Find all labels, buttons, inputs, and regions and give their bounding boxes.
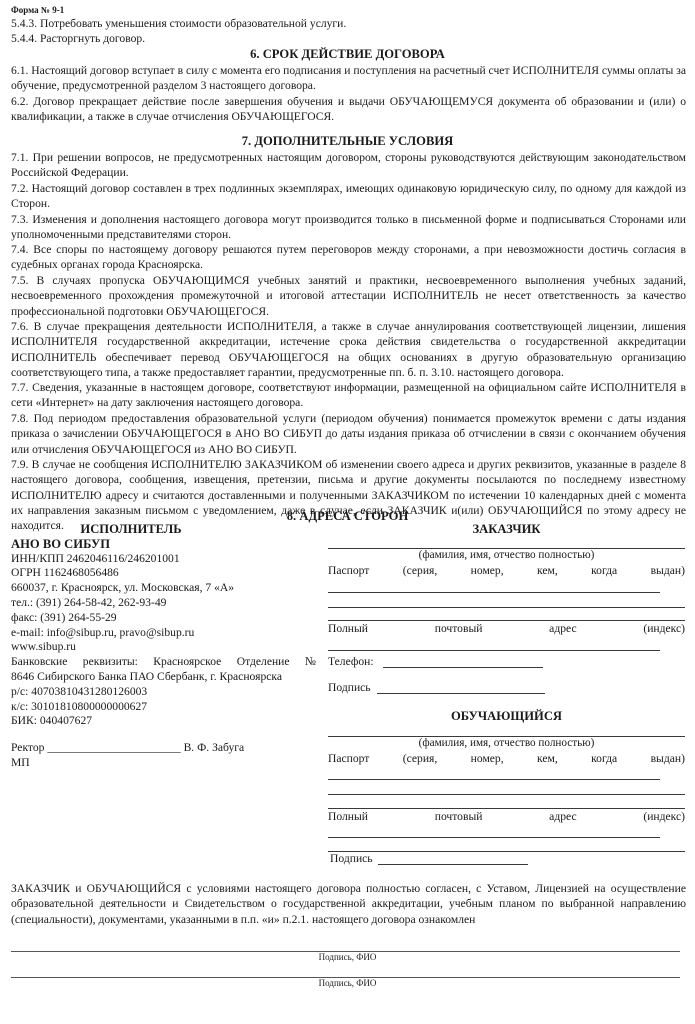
clause-6-1: 6.1. Настоящий договор вступает в силу с… [11,63,686,94]
executor-phone: тел.: (391) 264-58-42, 262-93-49 [11,596,316,611]
customer-address-label: Полный почтовый адрес (индекс) [328,622,685,635]
executor-corr-account: к/с: 30101810800000000627 [11,700,316,715]
customer-passport-label: Паспорт (серия, номер, кем, когда выдан) [328,564,685,577]
executor-bank-branch: 8646 Сибирского Банка ПАО Сбербанк, г. К… [11,670,316,685]
rector-label: Ректор [11,741,44,754]
customer-passport-field-3[interactable] [328,620,685,621]
clause-5-4-4: 5.4.4. Расторгнуть договор. [11,31,145,46]
clause-7-2: 7.2. Настоящий договор составлен в трех … [11,181,686,212]
executor-org: АНО ВО СИБУП [11,537,316,552]
clause-7-4: 7.4. Все споры по настоящему договору ре… [11,242,686,273]
customer-passport-field-2[interactable] [328,607,685,608]
clause-7-5: 7.5. В случаях пропуска ОБУЧАЮЩИМСЯ учеб… [11,273,686,319]
executor-email: e-mail: info@sibup.ru, pravo@sibup.ru [11,626,316,641]
executor-inn: ИНН/КПП 2462046116/246201001 [11,552,316,567]
executor-bank-line: Банковские реквизиты: Красноярское Отдел… [11,655,316,670]
clause-7-3: 7.3. Изменения и дополнения настоящего д… [11,212,686,243]
student-address-field[interactable] [328,837,660,838]
agreement-text: ЗАКАЗЧИК и ОБУЧАЮЩИЙСЯ с условиями насто… [11,881,686,927]
clause-7-1: 7.1. При решении вопросов, не предусмотр… [11,150,686,181]
rector-name: В. Ф. Забуга [184,741,245,754]
customer-sign-field[interactable] [377,693,545,694]
student-passport-label: Паспорт (серия, номер, кем, когда выдан) [328,752,685,765]
clause-7-6: 7.6. В случае прекращения деятельности И… [11,319,686,380]
signature-caption-1: Подпись, ФИО [0,952,695,962]
customer-fio-note: (фамилия, имя, отчество полностью) [328,549,685,561]
executor-bik: БИК: 040407627 [11,714,316,729]
student-fio-note: (фамилия, имя, отчество полностью) [328,737,685,749]
executor-website: www.sibup.ru [11,640,316,655]
student-address-field-2[interactable] [328,851,685,852]
executor-block: ИСПОЛНИТЕЛЬ АНО ВО СИБУП ИНН/КПП 2462046… [11,522,316,729]
section-7-title: 7. ДОПОЛНИТЕЛЬНЫЕ УСЛОВИЯ [0,134,695,149]
customer-passport-field-1[interactable] [328,592,660,593]
student-sign-label: Подпись [330,852,373,865]
executor-title: ИСПОЛНИТЕЛЬ [11,522,251,537]
rector-sign-line[interactable]: _______________________ [47,741,180,754]
customer-phone-label: Телефон: [328,655,374,668]
student-passport-field-3[interactable] [328,808,685,809]
student-sign-field[interactable] [378,864,528,865]
section-6-title: 6. СРОК ДЕЙСТВИЕ ДОГОВОРА [0,47,695,62]
customer-address-field[interactable] [328,650,660,651]
student-title: ОБУЧАЮЩИЙСЯ [328,709,685,724]
customer-title: ЗАКАЗЧИК [328,522,685,537]
clause-7-8: 7.8. Под периодом предоставления образов… [11,411,686,457]
clause-7-7: 7.7. Сведения, указанные в настоящем дог… [11,380,686,411]
executor-fax: факс: (391) 264-55-29 [11,611,316,626]
signature-caption-2: Подпись, ФИО [0,978,695,988]
clause-6-2: 6.2. Договор прекращает действие после з… [11,94,686,125]
executor-address: 660037, г. Красноярск, ул. Московская, 7… [11,581,316,596]
student-address-label: Полный почтовый адрес (индекс) [328,810,685,823]
form-number: Форма № 9-1 [11,5,64,15]
clause-5-4-3: 5.4.3. Потребовать уменьшения стоимости … [11,16,346,31]
executor-ogrn: ОГРН 1162468056486 [11,566,316,581]
customer-sign-label: Подпись [328,681,371,694]
rector-signature: Ректор _______________________ В. Ф. Заб… [11,740,244,755]
student-passport-field-1[interactable] [328,779,660,780]
customer-phone-field[interactable] [383,667,543,668]
executor-account: р/с: 40703810431280126003 [11,685,316,700]
stamp-label: МП [11,755,30,770]
student-passport-field-2[interactable] [328,794,685,795]
